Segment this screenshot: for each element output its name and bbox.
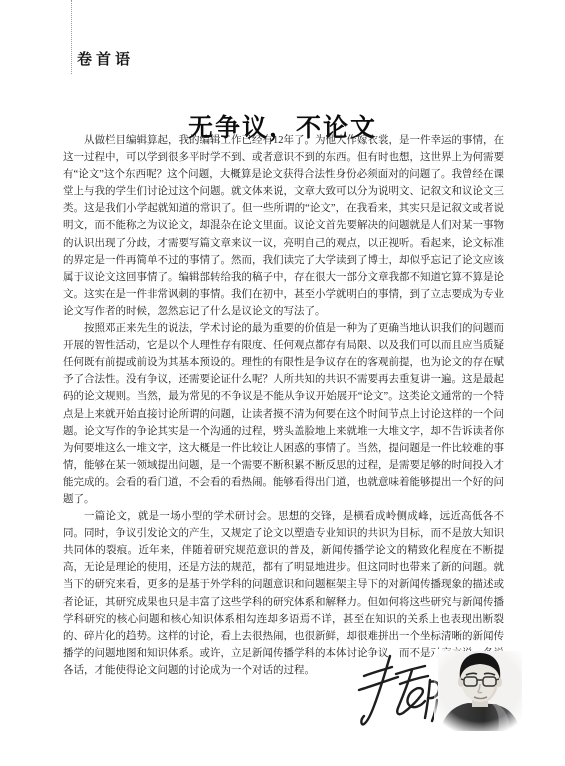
foreword-page: 卷首语 无争议，不论文 从做栏目编辑算起，我的编辑工作已经有12年了。为他人作嫁…	[0, 0, 565, 766]
article-body: 从做栏目编辑算起，我的编辑工作已经有12年了。为他人作嫁衣裳，是一件幸运的事情，…	[63, 132, 504, 679]
article-paragraph: 从做栏目编辑算起，我的编辑工作已经有12年了。为他人作嫁衣裳，是一件幸运的事情，…	[63, 132, 504, 320]
section-label: 卷首语	[77, 48, 134, 69]
author-signature: 朱春阳	[350, 650, 442, 738]
article-paragraph: 按照邓正来先生的说法，学术讨论的最为重要的价值是一种为了更确当地认识我们的问题而…	[63, 320, 504, 508]
margin-dotted-rule	[71, 0, 72, 74]
signature-block: 朱春阳	[350, 645, 530, 740]
author-photo	[434, 649, 526, 731]
